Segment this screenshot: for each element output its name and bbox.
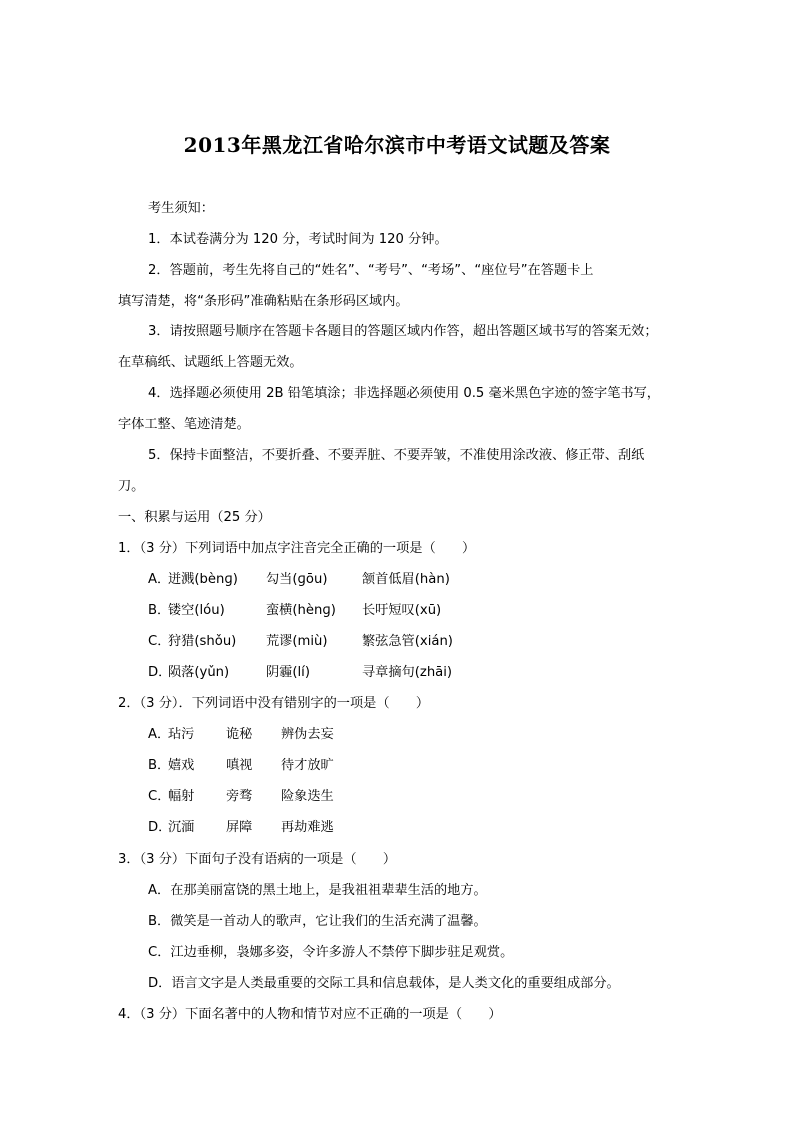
question-2-stem: 2．（3 分）．下列词语中没有错别字的一项是（ ） bbox=[118, 694, 688, 714]
option-word-3: 长吁短叹(xū) bbox=[362, 601, 441, 621]
question-3-option-d: D．语言文字是人类最重要的交际工具和信息载体，是人类文化的重要组成部分。 bbox=[148, 974, 718, 994]
notice-item-5-line1: 5．保持卡面整洁，不要折叠、不要弄脏、不要弄皱，不准使用涂改液、修正带、刮纸 bbox=[148, 446, 718, 466]
option-word-3: 辨伪去妄 bbox=[281, 725, 334, 745]
document-page: 2013年黑龙江省哈尔滨市中考语文试题及答案 考生须知： 1．本试卷满分为 12… bbox=[0, 0, 794, 1123]
option-word-2: 屏障 bbox=[226, 818, 252, 838]
option-word-3: 繁弦急管(xián) bbox=[362, 632, 453, 652]
option-label: B． bbox=[148, 601, 170, 621]
option-word-2: 荒谬(miù) bbox=[266, 632, 328, 652]
question-2-option-c: C． 幅射 旁骛 险象迭生 bbox=[148, 787, 718, 807]
question-3-option-b: B．微笑是一首动人的歌声，它让我们的生活充满了温馨。 bbox=[148, 912, 718, 932]
option-word-1: 迸溅(bènɡ) bbox=[168, 570, 238, 590]
notice-item-4-line1: 4．选择题必须使用 2B 铅笔填涂；非选择题必须使用 0.5 毫米黑色字迹的签字… bbox=[148, 384, 718, 404]
option-word-3: 待才放旷 bbox=[281, 756, 334, 776]
option-word-3: 寻章摘句(zhāi) bbox=[362, 663, 452, 683]
option-label: A． bbox=[148, 570, 170, 590]
question-3-option-c: C．江边垂柳，袅娜多姿，令许多游人不禁停下脚步驻足观赏。 bbox=[148, 943, 718, 963]
question-1-option-c: C． 狩猎(shǒu) 荒谬(miù) 繁弦急管(xián) bbox=[148, 632, 718, 652]
option-word-1: 陨落(yǔn) bbox=[168, 663, 229, 683]
option-word-2: 旁骛 bbox=[226, 787, 252, 807]
document-title: 2013年黑龙江省哈尔滨市中考语文试题及答案 bbox=[0, 131, 794, 159]
question-2-option-b: B． 嬉戏 嗔视 待才放旷 bbox=[148, 756, 718, 776]
option-word-1: 幅射 bbox=[168, 787, 194, 807]
option-label: B． bbox=[148, 756, 170, 776]
option-word-2: 阴霾(lí) bbox=[266, 663, 310, 683]
option-word-2: 诡秘 bbox=[226, 725, 252, 745]
section-heading: 一、积累与运用（25 分） bbox=[118, 508, 688, 528]
notice-item-2-line2: 填写清楚，将“条形码”准确粘贴在条形码区域内。 bbox=[118, 292, 688, 312]
notice-item-4-line2: 字体工整、笔迹清楚。 bbox=[118, 415, 688, 435]
question-1-option-d: D． 陨落(yǔn) 阴霾(lí) 寻章摘句(zhāi) bbox=[148, 663, 718, 683]
option-word-2: 勾当(ɡōu) bbox=[266, 570, 327, 590]
notice-item-3-line1: 3．请按照题号顺序在答题卡各题目的答题区域内作答，超出答题区域书写的答案无效； bbox=[148, 322, 718, 342]
option-word-1: 玷污 bbox=[168, 725, 194, 745]
question-4-stem: 4．（3 分）下面名著中的人物和情节对应不正确的一项是（ ） bbox=[118, 1005, 688, 1025]
option-word-1: 镂空(lóu) bbox=[168, 601, 225, 621]
notice-item-5-line2: 刀。 bbox=[118, 477, 688, 497]
notice-item-1: 1．本试卷满分为 120 分，考试时间为 120 分钟。 bbox=[148, 230, 718, 250]
option-label: A． bbox=[148, 725, 170, 745]
option-word-2: 嗔视 bbox=[226, 756, 252, 776]
notice-item-2-line1: 2．答题前，考生先将自己的“姓名”、“考号”、“考场”、“座位号”在答题卡上 bbox=[148, 261, 718, 281]
question-2-option-d: D． 沉湎 屏障 再劫难逃 bbox=[148, 818, 718, 838]
notice-heading: 考生须知： bbox=[148, 199, 718, 219]
question-1-option-b: B． 镂空(lóu) 蛮横(hènɡ) 长吁短叹(xū) bbox=[148, 601, 718, 621]
question-1-option-a: A． 迸溅(bènɡ) 勾当(ɡōu) 颔首低眉(hàn) bbox=[148, 570, 718, 590]
question-1-stem: 1．（3 分）下列词语中加点字注音完全正确的一项是（ ） bbox=[118, 539, 688, 559]
question-2-option-a: A． 玷污 诡秘 辨伪去妄 bbox=[148, 725, 718, 745]
option-word-3: 再劫难逃 bbox=[281, 818, 334, 838]
question-3-option-a: A．在那美丽富饶的黑土地上，是我祖祖辈辈生活的地方。 bbox=[148, 881, 718, 901]
question-3-stem: 3．（3 分）下面句子没有语病的一项是（ ） bbox=[118, 850, 688, 870]
option-word-3: 颔首低眉(hàn) bbox=[362, 570, 450, 590]
option-word-3: 险象迭生 bbox=[281, 787, 334, 807]
option-word-1: 嬉戏 bbox=[168, 756, 194, 776]
option-word-1: 狩猎(shǒu) bbox=[168, 632, 236, 652]
option-word-2: 蛮横(hènɡ) bbox=[266, 601, 336, 621]
option-word-1: 沉湎 bbox=[168, 818, 194, 838]
notice-item-3-line2: 在草稿纸、试题纸上答题无效。 bbox=[118, 353, 688, 373]
